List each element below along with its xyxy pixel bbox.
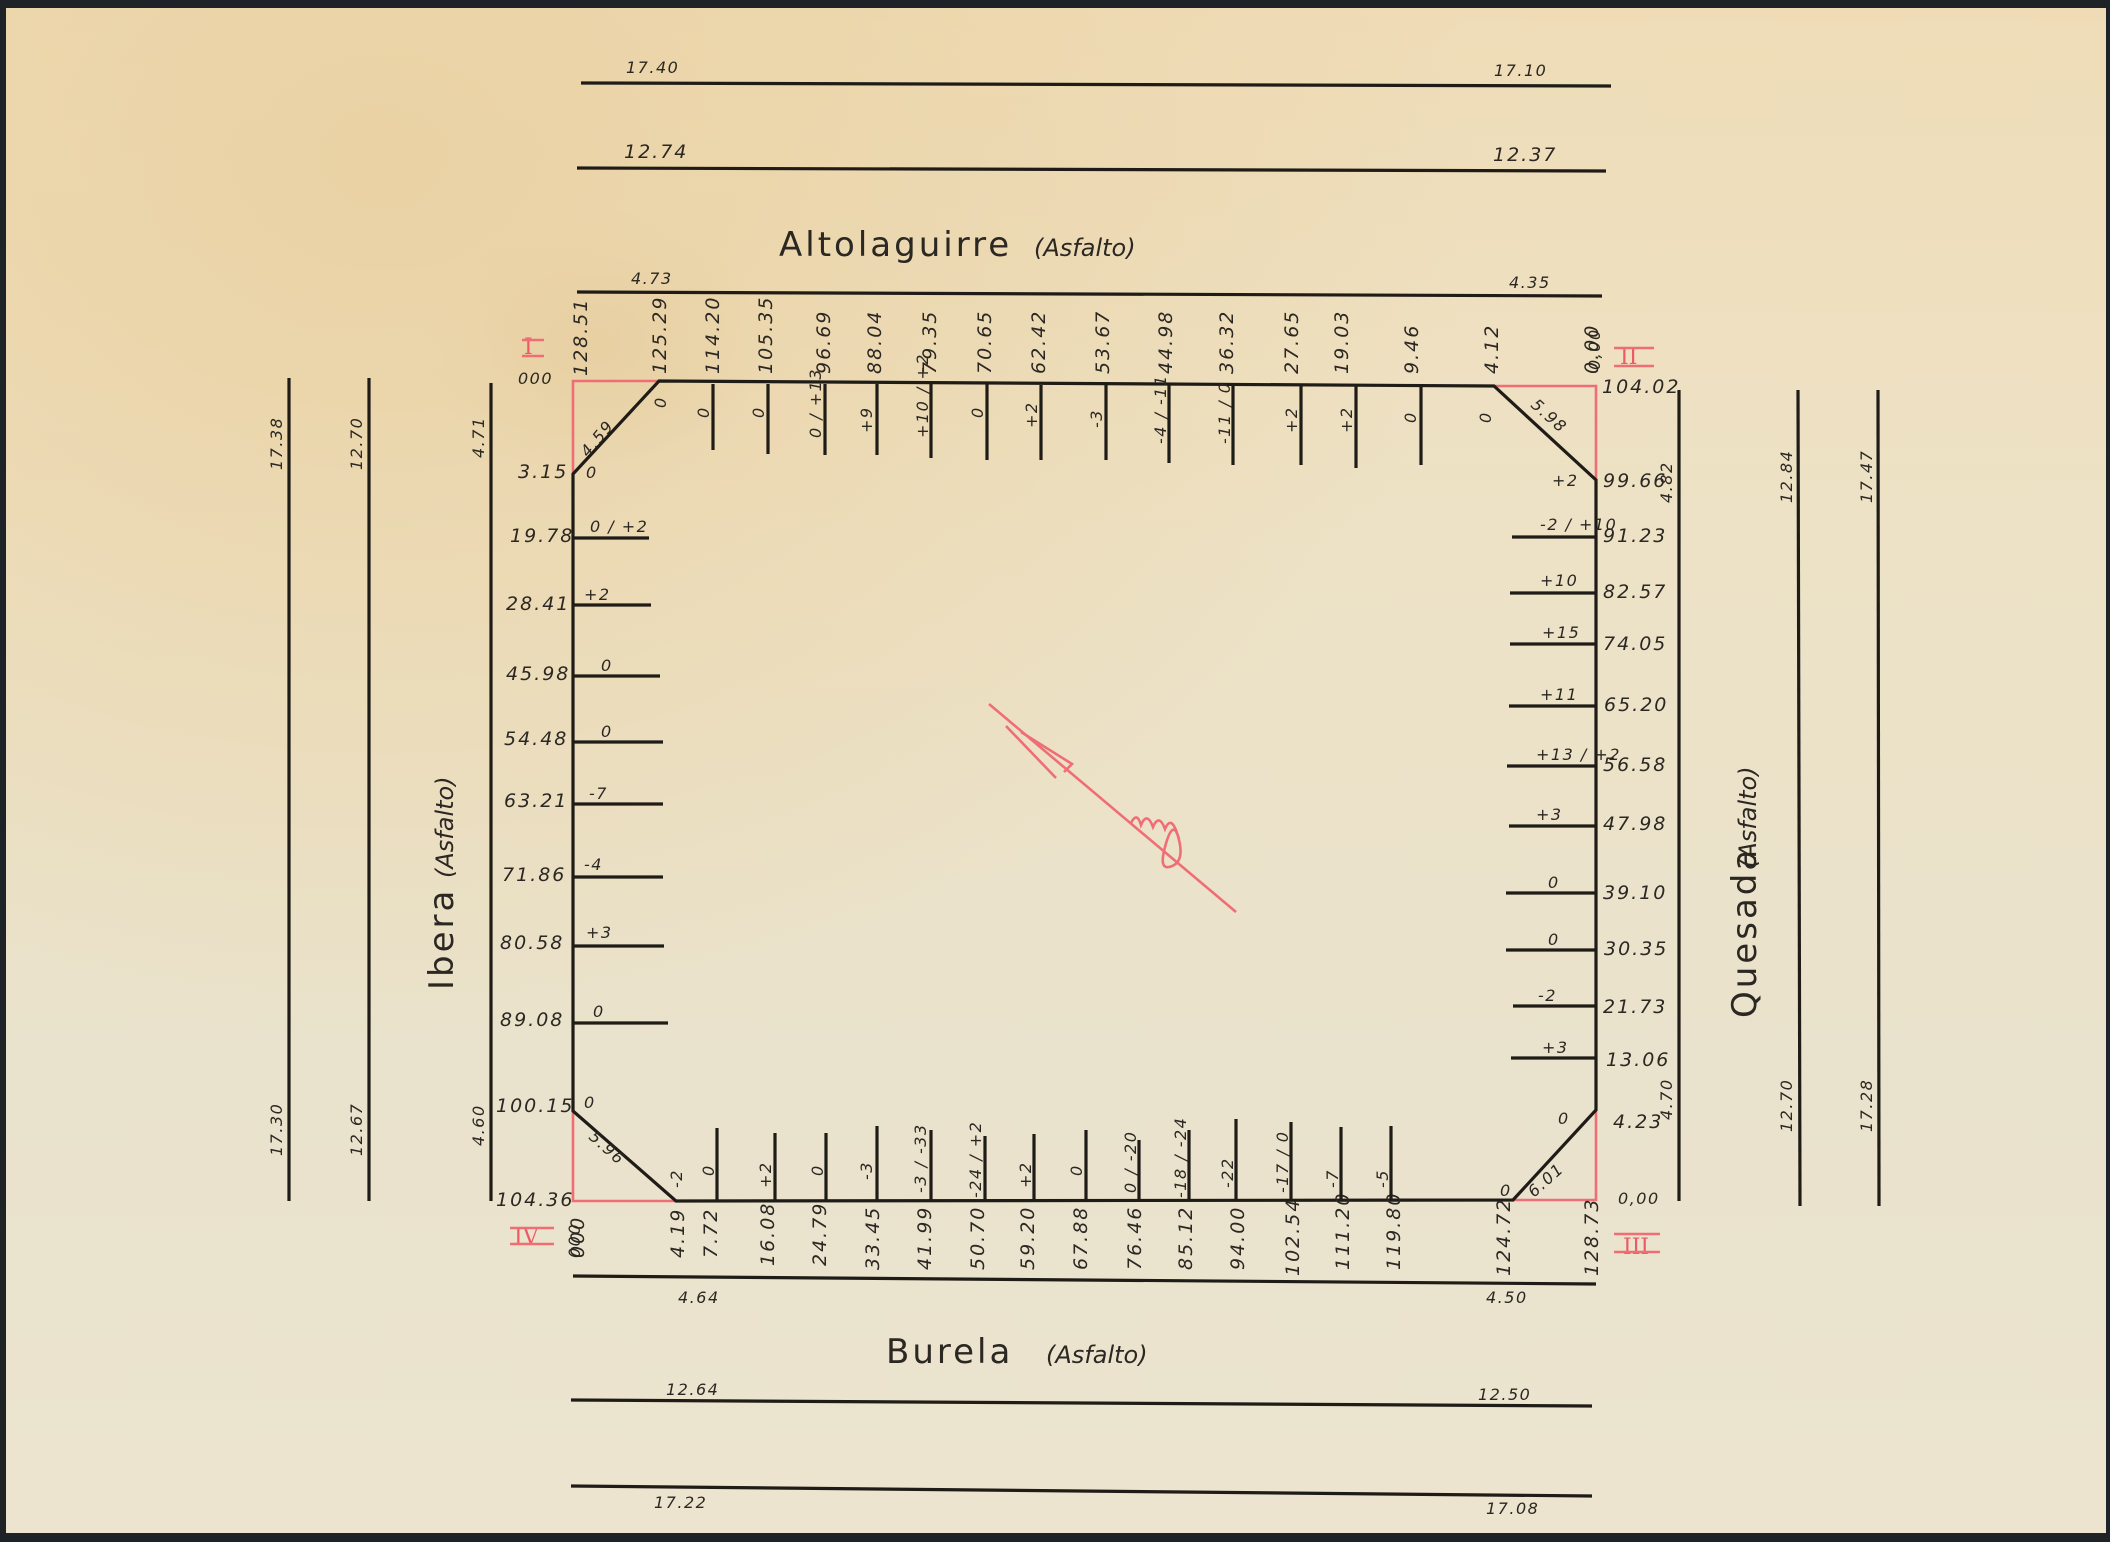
svg-text:0: 0: [651, 396, 670, 408]
svg-text:-2: -2: [1538, 986, 1557, 1005]
survey-sheet: 17.40 17.10 12.74 12.37 4.73 4.35 Altola…: [6, 8, 2106, 1533]
svg-text:19.03: 19.03: [1331, 310, 1353, 374]
svg-text:47.98: 47.98: [1603, 813, 1667, 835]
svg-text:Quesada: Quesada: [1725, 847, 1765, 1018]
svg-text:7.72: 7.72: [700, 1208, 722, 1258]
svg-text:-2 / +10: -2 / +10: [1540, 515, 1617, 534]
svg-text:0: 0: [1548, 930, 1560, 949]
svg-text:Ibera: Ibera: [422, 888, 462, 990]
svg-text:0 / -20: 0 / -20: [1121, 1131, 1140, 1193]
svg-text:0 / +2: 0 / +2: [590, 517, 648, 536]
svg-text:36.32: 36.32: [1216, 310, 1238, 374]
svg-text:67.88: 67.88: [1070, 1206, 1092, 1270]
svg-text:+3: +3: [1536, 805, 1563, 824]
svg-text:3.15: 3.15: [518, 461, 568, 483]
corner-labels: I 000 4.59 II 0,00 5.98 III 0,00 6.01 IV…: [510, 328, 1660, 1260]
svg-text:+2: +2: [1022, 401, 1041, 428]
svg-text:(Asfalto): (Asfalto): [1734, 766, 1762, 868]
svg-text:0: 0: [968, 406, 987, 418]
svg-text:104.36: 104.36: [496, 1189, 574, 1211]
svg-text:65.20: 65.20: [1604, 694, 1668, 716]
offset-label: 17.47: [1857, 450, 1876, 503]
svg-text:000: 000: [567, 1216, 589, 1258]
svg-text:128.73: 128.73: [1581, 1198, 1603, 1276]
svg-text:0: 0: [1548, 873, 1560, 892]
svg-text:27.65: 27.65: [1281, 310, 1303, 374]
svg-text:-4 / -11: -4 / -11: [1151, 374, 1170, 444]
svg-text:0: 0: [808, 1164, 827, 1176]
svg-text:82.57: 82.57: [1603, 581, 1667, 603]
svg-text:+9: +9: [857, 406, 876, 433]
svg-text:13.06: 13.06: [1606, 1049, 1670, 1071]
svg-text:0: 0: [601, 722, 613, 741]
top-side-marks: 0 0 0 0 / +13 +9 +10 / +2 0 +2 -3 -4 / -…: [651, 353, 1495, 444]
offset-label: 12.67: [347, 1103, 366, 1156]
svg-text:94.00: 94.00: [1227, 1206, 1249, 1270]
svg-text:71.86: 71.86: [502, 864, 566, 886]
street-name-altolaguirre: Altolaguirre (Asfalto): [779, 225, 1136, 265]
svg-text:105.35: 105.35: [755, 296, 777, 374]
svg-text:76.46: 76.46: [1124, 1206, 1146, 1270]
svg-text:0: 0: [694, 406, 713, 418]
offset-label: 12.70: [347, 417, 366, 470]
offset-label: 4.35: [1509, 273, 1551, 292]
right-side-ticks: [1506, 537, 1596, 1058]
offset-label: 4.64: [678, 1288, 720, 1307]
survey-drawing: 17.40 17.10 12.74 12.37 4.73 4.35 Altola…: [6, 8, 2110, 1542]
bottom-side-marks: -2 0 +2 0 -3 -3 / -33 -24 / +2 +2 0 0 / …: [667, 1117, 1512, 1200]
svg-text:0: 0: [1500, 1181, 1512, 1200]
svg-text:0: 0: [699, 1164, 718, 1176]
offset-label: 4.71: [469, 416, 488, 458]
offset-label: 4.73: [631, 269, 673, 288]
svg-text:+10: +10: [1540, 571, 1578, 590]
svg-text:+11: +11: [1540, 685, 1578, 704]
svg-text:(Asfalto): (Asfalto): [431, 776, 459, 878]
svg-text:102.54: 102.54: [1282, 1198, 1304, 1276]
left-side-ticks: [573, 538, 668, 1023]
svg-text:Burela: Burela: [886, 1332, 1013, 1372]
svg-text:128.51: 128.51: [570, 298, 592, 376]
svg-text:96.69: 96.69: [813, 310, 835, 374]
svg-text:45.98: 45.98: [506, 663, 570, 685]
svg-text:0: 0: [1067, 1164, 1086, 1176]
left-side-stations: 3.15 19.78 28.41 45.98 54.48 63.21 71.86…: [496, 461, 574, 1211]
svg-text:000: 000: [518, 369, 553, 388]
svg-text:-18 / -24: -18 / -24: [1171, 1117, 1190, 1198]
svg-text:104.02: 104.02: [1602, 376, 1680, 398]
offset-label: 12.64: [666, 1380, 719, 1399]
svg-text:+2: +2: [1552, 471, 1579, 490]
block-perimeter: [573, 381, 1596, 1201]
svg-text:-3 / -33: -3 / -33: [911, 1123, 930, 1193]
svg-text:+2: +2: [1016, 1161, 1035, 1188]
offset-label: 12.70: [1777, 1079, 1796, 1132]
svg-text:54.48: 54.48: [504, 728, 568, 750]
svg-text:+10 / +2: +10 / +2: [913, 353, 932, 438]
svg-text:16.08: 16.08: [757, 1202, 779, 1266]
svg-text:+3: +3: [586, 923, 613, 942]
svg-text:4.12: 4.12: [1481, 324, 1503, 374]
street-name-ibera: Ibera (Asfalto): [422, 776, 462, 990]
svg-text:80.58: 80.58: [500, 932, 564, 954]
street-name-burela: Burela (Asfalto): [886, 1332, 1148, 1372]
street-name-quesada: Quesada (Asfalto): [1725, 766, 1765, 1018]
svg-text:100.15: 100.15: [496, 1095, 574, 1117]
svg-text:-7: -7: [1323, 1169, 1342, 1188]
svg-text:0,00: 0,00: [1618, 1189, 1660, 1208]
svg-text:53.67: 53.67: [1092, 310, 1114, 374]
north-arrow-signature: [989, 704, 1236, 912]
svg-text:88.04: 88.04: [864, 310, 886, 374]
svg-text:19.78: 19.78: [510, 525, 574, 547]
bottom-offset-lines: 4.64 4.50 12.64 12.50 17.22 17.08: [571, 1276, 1596, 1518]
svg-text:0: 0: [601, 656, 613, 675]
offset-label: 17.28: [1857, 1079, 1876, 1132]
svg-text:30.35: 30.35: [1604, 938, 1668, 960]
svg-text:+2: +2: [1282, 406, 1301, 433]
svg-text:9.46: 9.46: [1401, 324, 1423, 374]
corner-III-label: III: [1623, 1235, 1649, 1260]
svg-text:0: 0: [1476, 411, 1495, 423]
svg-text:4.19: 4.19: [667, 1208, 689, 1258]
offset-label: 12.37: [1493, 144, 1557, 166]
svg-text:125.29: 125.29: [649, 296, 671, 374]
svg-text:+15: +15: [1542, 623, 1580, 642]
svg-text:0: 0: [586, 463, 598, 482]
offset-label: 4.50: [1486, 1288, 1528, 1307]
svg-text:63.21: 63.21: [504, 790, 568, 812]
svg-text:59.20: 59.20: [1017, 1206, 1039, 1270]
svg-text:-2: -2: [667, 1169, 686, 1188]
corner-reference-lines: [573, 381, 1596, 1201]
svg-text:5.98: 5.98: [1527, 395, 1571, 437]
svg-text:70.65: 70.65: [974, 310, 996, 374]
svg-text:89.08: 89.08: [500, 1009, 564, 1031]
offset-label: 4.60: [469, 1104, 488, 1146]
svg-text:21.73: 21.73: [1603, 996, 1667, 1018]
left-side-marks: 0 0 / +2 +2 0 0 -7 -4 +3 0 0: [584, 463, 648, 1112]
svg-text:114.20: 114.20: [702, 296, 724, 374]
svg-text:85.12: 85.12: [1175, 1206, 1197, 1270]
offset-label: 17.40: [626, 58, 679, 77]
svg-text:-22: -22: [1218, 1157, 1237, 1188]
svg-text:0: 0: [584, 1093, 596, 1112]
svg-text:24.79: 24.79: [809, 1202, 831, 1266]
svg-text:4.59: 4.59: [577, 416, 618, 460]
svg-text:(Asfalto): (Asfalto): [1046, 1341, 1148, 1369]
offset-label: 17.38: [267, 417, 286, 470]
svg-text:-3: -3: [857, 1161, 876, 1180]
right-side-marks: +2 -2 / +10 +10 +15 +11 +13 / +2 +3 0 0 …: [1536, 471, 1621, 1128]
top-side-stations: 128.51 125.29 114.20 105.35 96.69 88.04 …: [570, 296, 1603, 376]
svg-text:124.72: 124.72: [1493, 1198, 1515, 1276]
svg-text:-24 / +2: -24 / +2: [966, 1121, 985, 1198]
svg-text:5.96: 5.96: [585, 1127, 629, 1169]
svg-text:+2: +2: [756, 1161, 775, 1188]
svg-text:62.42: 62.42: [1028, 310, 1050, 374]
svg-text:-3: -3: [1087, 409, 1106, 428]
svg-text:99.66: 99.66: [1603, 470, 1667, 492]
svg-text:(Asfalto): (Asfalto): [1034, 234, 1136, 262]
svg-text:0: 0: [1401, 411, 1420, 423]
svg-text:111.20: 111.20: [1332, 1192, 1354, 1270]
svg-text:Altolaguirre: Altolaguirre: [779, 225, 1012, 265]
svg-text:0: 0: [749, 406, 768, 418]
svg-text:-11 / 0: -11 / 0: [1215, 382, 1234, 444]
svg-text:0 / +13: 0 / +13: [806, 368, 825, 438]
svg-text:4.23: 4.23: [1613, 1111, 1663, 1133]
svg-text:+2: +2: [1337, 406, 1356, 433]
offset-label: 12.74: [624, 141, 688, 163]
svg-text:-17 / 0: -17 / 0: [1273, 1131, 1292, 1193]
svg-text:+13 / +2: +13 / +2: [1536, 745, 1621, 764]
svg-text:41.99: 41.99: [914, 1206, 936, 1270]
svg-text:44.98: 44.98: [1155, 310, 1177, 374]
svg-text:-5: -5: [1373, 1169, 1392, 1188]
svg-text:0: 0: [1558, 1109, 1570, 1128]
offset-label: 12.50: [1478, 1385, 1531, 1404]
svg-text:-7: -7: [589, 784, 608, 803]
offset-label: 12.84: [1777, 450, 1796, 503]
offset-label: 17.10: [1494, 61, 1547, 80]
svg-text:74.05: 74.05: [1603, 633, 1667, 655]
svg-text:+2: +2: [584, 585, 611, 604]
svg-text:50.70: 50.70: [967, 1206, 989, 1270]
svg-text:119.80: 119.80: [1383, 1192, 1405, 1270]
svg-text:33.45: 33.45: [862, 1206, 884, 1270]
offset-label: 17.22: [654, 1493, 707, 1512]
svg-text:28.41: 28.41: [506, 593, 570, 615]
svg-text:0: 0: [593, 1002, 605, 1021]
right-offset-lines: 4.82 4.70 12.84 12.70 17.47 17.28: [1657, 390, 1879, 1206]
bottom-side-stations: 000 4.19 7.72 16.08 24.79 33.45 41.99 50…: [567, 1192, 1603, 1276]
svg-text:+3: +3: [1542, 1038, 1569, 1057]
svg-text:0.00: 0.00: [1581, 324, 1603, 374]
svg-text:-4: -4: [584, 855, 603, 874]
offset-label: 17.08: [1486, 1499, 1539, 1518]
offset-label: 17.30: [267, 1103, 286, 1156]
svg-text:39.10: 39.10: [1603, 882, 1667, 904]
